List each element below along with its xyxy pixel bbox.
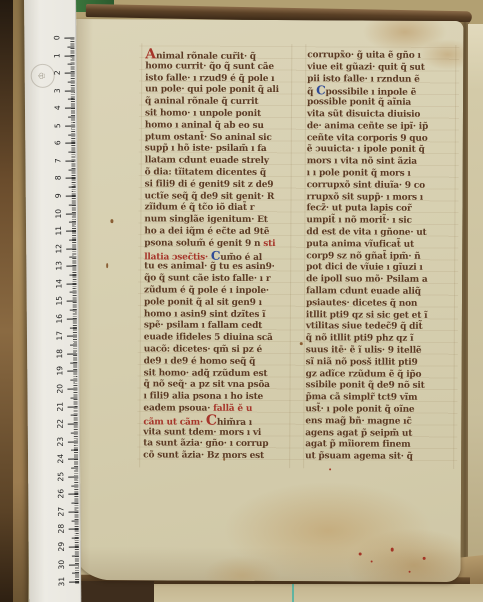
manuscript-line: fallam cdunt euade aliq̃: [306, 286, 456, 299]
teal-thread-mark: [292, 584, 294, 602]
ruler-tick-half-cm: [67, 46, 74, 47]
manuscript-line: tu es animal· g̃ tu es asin9·: [144, 262, 292, 275]
ruler-tick-cm: [68, 459, 78, 460]
text-column-left: Animal rõnale cur̃it· q̃homo currit· q̃o…: [143, 49, 293, 463]
ruler-tick-cm: [65, 73, 75, 74]
manuscript-line: si fili9 di é genit9 sit z de9: [145, 179, 293, 192]
ruler-tick-half-cm: [70, 345, 77, 346]
ruler-number: 5: [53, 118, 63, 132]
stain-dot: [359, 552, 362, 555]
manuscript-line: cõ sunt ãzia· Bz mors est: [143, 450, 291, 463]
ruler-number: 28: [57, 522, 67, 536]
manuscript-line: cãm ut cãm· Chim̃ra ı: [143, 415, 291, 428]
ruler-tick-half-cm: [68, 64, 75, 65]
manuscript-line: supp̃ ı hõ iste· psilam̃ ı fa: [145, 144, 293, 157]
ruler-tick-half-cm: [70, 362, 77, 363]
ink-spot: [110, 219, 113, 223]
manuscript-line: uacõ: dicetes· qm̃ si pz é: [144, 344, 292, 357]
manuscript-line: num singlãe igenitum· Et: [144, 215, 292, 228]
ruler-tick-cm: [66, 231, 76, 232]
manuscript-line: ut p̃suam agema sit· q̃: [305, 451, 455, 464]
manuscript-line: mors ı vita nõ sint ãzia: [307, 156, 457, 169]
manuscript-line: q̃ Cpossibile ı inpole ẽ: [307, 86, 457, 99]
ruler-tick-cm: [66, 178, 76, 179]
ruler-number: 23: [56, 434, 66, 448]
centimeter-ruler: ♔ 01234567891011121314151617181920212223…: [24, 0, 81, 602]
manuscript-line: corrupx̃o· g̃ uita ẽ gño ı: [307, 50, 457, 63]
ruler-tick-half-cm: [72, 520, 79, 521]
ruler-tick-half-cm: [68, 117, 75, 118]
manuscript-page: Animal rõnale cur̃it· q̃homo currit· q̃o…: [71, 19, 464, 582]
manuscript-line: euade ifideles 5 diuina scã: [144, 332, 292, 345]
manuscript-line: õ dia: tĩitatem dicentes q̃: [145, 167, 293, 180]
ruler-number: 20: [55, 382, 65, 396]
ruler-number: 22: [56, 417, 66, 431]
ruler-number: 6: [53, 136, 63, 150]
ruler-number: 8: [54, 171, 64, 185]
ruler-tick-half-cm: [69, 204, 76, 205]
manuscript-line: sit homo· ı unpole ponit: [145, 108, 293, 121]
ruler-tick-half-cm: [69, 257, 76, 258]
manuscript-line: pii isto falle· ı rzndun ẽ: [307, 74, 457, 87]
stain-dot: [329, 468, 331, 470]
ruler-tick-half-cm: [71, 503, 78, 504]
ruler-number: 3: [53, 83, 63, 97]
ruler-tick-half-cm: [72, 573, 79, 574]
ruler-tick-half-cm: [71, 485, 78, 486]
ruler-tick-cm: [67, 301, 77, 302]
ruler-number: 9: [54, 189, 64, 203]
ruler-tick-half-cm: [70, 327, 77, 328]
manuscript-line: sĩ niã nõ posš itllit pti9: [306, 357, 456, 370]
ruler-tick-cm: [64, 38, 74, 39]
ruler-tick-cm: [68, 406, 78, 407]
ruler-number: 16: [55, 311, 65, 325]
ruler-tick-cm: [66, 213, 76, 214]
ruler-number: 15: [55, 294, 65, 308]
stain-dot: [409, 571, 411, 573]
manuscript-line: ı fili9 alia psona ı ho iste: [143, 391, 291, 404]
ruler-number: 25: [56, 469, 66, 483]
ruler-tick-half-cm: [69, 222, 76, 223]
stain-dot: [423, 557, 426, 560]
manuscript-photo: Animal rõnale cur̃it· q̃homo currit· q̃o…: [0, 0, 483, 602]
ruler-tick-cm: [67, 318, 77, 319]
stain-dot: [371, 561, 373, 563]
ruler-tick-half-cm: [71, 468, 78, 469]
manuscript-line: p̃ma cã simplr̃ tct9 vĩm: [305, 392, 455, 405]
ruler-number: 13: [54, 259, 64, 273]
ruler-number: 11: [54, 224, 64, 238]
ruler-tick-cm: [69, 511, 79, 512]
ruler-number: 1: [52, 48, 62, 62]
manuscript-line: de· anima ceñte se ipĩ· ip̃: [307, 121, 457, 134]
ruler-tick-half-cm: [71, 432, 78, 433]
manuscript-line: q̃ aninal rõnale q̃ currit: [145, 97, 293, 110]
manuscript-line: vita sũt disuicta diuisio: [307, 109, 457, 122]
next-leaf-edge: [468, 24, 483, 580]
ink-spot: [300, 342, 303, 345]
ruler-number: 10: [54, 206, 64, 220]
ruler-tick-cm: [65, 108, 75, 109]
ruler-tick-cm: [66, 248, 76, 249]
ruler-tick-half-cm: [69, 169, 76, 170]
manuscript-line: ẽ ɔuuicta· ı ipole ponit q̃: [307, 145, 457, 158]
manuscript-line: ı ı pole ponit q̃ mors ı: [307, 168, 457, 181]
ruler-number: 31: [57, 575, 67, 589]
ruler-number: 2: [53, 66, 63, 80]
ruler-number: 7: [53, 154, 63, 168]
manuscript-line: zũdum é q̃ pole é ı inpole·: [144, 285, 292, 298]
ruler-number: 21: [56, 399, 66, 413]
ruler-tick-cm: [69, 529, 79, 530]
ink-spot: [106, 263, 108, 268]
manuscript-line: homo ı aninal q̃ ab eo su: [145, 120, 293, 133]
text-column-right: corrupx̃o· g̃ uita ẽ gño ıviue eit gũazi…: [305, 50, 457, 464]
ruler-number: 18: [55, 347, 65, 361]
ruler-number: 27: [56, 504, 66, 518]
ruler-tick-half-cm: [68, 81, 75, 82]
manuscript-line: psiautes· dicetes q̃ non: [306, 298, 456, 311]
ruler-number: 17: [55, 329, 65, 343]
ruler-tick-cm: [65, 90, 75, 91]
manuscript-line: vtilitas siue tedec̃9 q̃ dit̃: [306, 322, 456, 335]
ruler-tick-cm: [69, 582, 79, 583]
ruler-tick-half-cm: [69, 187, 76, 188]
ruler-tick-cm: [65, 55, 75, 56]
manuscript-line: pole ponit q̃ al sit gen9 ı: [144, 297, 292, 310]
ruler-tick-half-cm: [69, 239, 76, 240]
manuscript-line: ssibile ponit q̃ de9 nõ sit: [306, 381, 456, 394]
manuscript-line: de ipoll suo mõ· Psilam a: [306, 274, 456, 287]
ruler-tick-half-cm: [68, 99, 75, 100]
manuscript-line: possible ponit q̃ aĩnia: [307, 97, 457, 110]
ruler-tick-half-cm: [70, 310, 77, 311]
manuscript-line: corrupxõ sint diuĩa· 9 co: [307, 180, 457, 193]
ruler-tick-cm: [66, 266, 76, 267]
manuscript-line: q̃ nõ itllit pti9 phz qz ĩ: [306, 333, 456, 346]
ruler-tick-cm: [68, 476, 78, 477]
manuscript-line: ho a dei iq̃m é ec̃te ad 9tẽ: [144, 226, 292, 239]
ruler-number: 24: [56, 452, 66, 466]
manuscript-line: viue eit gũazi· quit q̃ sut: [307, 62, 457, 75]
manuscript-line: q̃ nõ seq̃· a pz sit vna psõa: [144, 380, 292, 393]
ruler-tick-cm: [65, 160, 75, 161]
manuscript-line: agat p̃ mĩiorem finem: [305, 439, 455, 452]
manuscript-line: fecz̃· ut puta lapis cor̃: [306, 204, 456, 217]
manuscript-line: q̃o q̃ sunt cãe isto falle· ı r: [144, 273, 292, 286]
ink-spot: [223, 458, 225, 461]
ruler-number: 0: [52, 31, 62, 45]
ruler-tick-cm: [65, 143, 75, 144]
manuscript-line: de9 ı de9 é homo seq̃ q̃: [144, 356, 292, 369]
manuscript-line: spẽ· psilam ı fallam cedt: [144, 321, 292, 334]
ruler-tick-cm: [67, 389, 77, 390]
ruler-tick-cm: [68, 424, 78, 425]
ruler-tick-cm: [65, 125, 75, 126]
manuscript-line: ta sunt ãzia· gño· ı corrup: [143, 439, 291, 452]
ruler-number: 4: [53, 101, 63, 115]
stain-dot: [391, 548, 394, 552]
manuscript-line: Animal rõnale cur̃it· q̃: [145, 49, 293, 62]
ruler-number: 29: [57, 540, 67, 554]
ruler-tick-cm: [68, 494, 78, 495]
ruler-tick-half-cm: [70, 292, 77, 293]
ruler-tick-cm: [68, 441, 78, 442]
manuscript-line: homo currit· q̃o q̃ sunt cãe: [145, 61, 293, 74]
ruler-number: 12: [54, 241, 64, 255]
manuscript-line: ust̃· ı pole ponit q̃ oĩne: [305, 404, 455, 417]
ruler-number: 19: [55, 364, 65, 378]
ruler-tick-half-cm: [72, 555, 79, 556]
ruler-tick-cm: [67, 283, 77, 284]
ruler-tick-half-cm: [71, 450, 78, 451]
manuscript-line: un pole· qui pole ponit q̃ ali: [145, 85, 293, 98]
ruler-tick-half-cm: [69, 274, 76, 275]
ruler-tick-cm: [66, 195, 76, 196]
ruler-number: 26: [56, 487, 66, 501]
manuscript-line: zĩidum é q̃ tc̃o iõ diat̃ r: [144, 203, 292, 216]
ruler-tick-half-cm: [68, 134, 75, 135]
ruler-tick-half-cm: [72, 538, 79, 539]
manuscript-line: pot dici de vĩuie ı gĩuzi ı: [306, 263, 456, 276]
ruler-tick-half-cm: [71, 415, 78, 416]
ruler-tick-half-cm: [70, 380, 77, 381]
crown-icon: ♔: [31, 64, 55, 88]
ruler-tick-cm: [67, 336, 77, 337]
ruler-number: 30: [57, 557, 67, 571]
ruler-tick-half-cm: [71, 397, 78, 398]
ruler-tick-cm: [69, 564, 79, 565]
manuscript-line: eadem psoua· fallã ě u: [143, 403, 291, 416]
ruler-tick-cm: [67, 371, 77, 372]
manuscript-line: ens mag̃ bñ· magne ıc̃: [305, 416, 455, 429]
ruler-number: 14: [54, 276, 64, 290]
manuscript-line: dd est de vita ı gñone· ut: [306, 227, 456, 240]
ruler-tick-half-cm: [68, 152, 75, 153]
ruler-tick-cm: [67, 353, 77, 354]
book-left-edge: [0, 0, 14, 602]
manuscript-line: umpit̃ ı nõ morit̃· ı sic: [306, 215, 456, 228]
manuscript-line: llatam cdunt euade strely: [145, 156, 293, 169]
manuscript-line: suus itē· ẽ ĩ ulis· 9 itellẽ: [306, 345, 456, 358]
ruler-tick-cm: [69, 546, 79, 547]
manuscript-line: puta anima vĩuficat̃ ut: [306, 239, 456, 252]
